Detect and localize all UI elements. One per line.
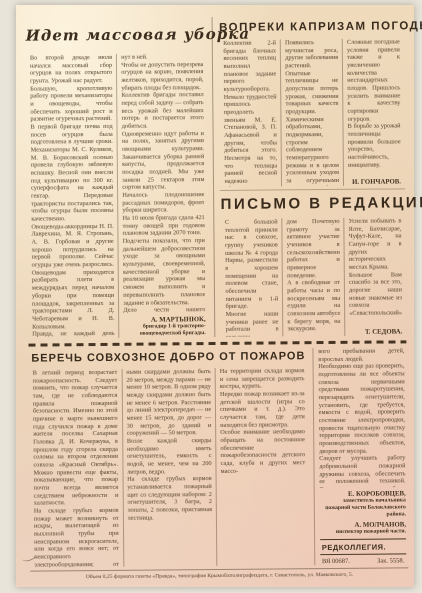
column-text: дом Почетную грамоту за активное участие…: [287, 218, 341, 336]
article-pismo-v-redakciyu: ПИСЬМО В РЕДАКЦИЮ С большой теплотой при…: [220, 188, 406, 337]
signature-role: бригадир 1-й тракторно-овощеводческой бр…: [123, 323, 205, 338]
article-column: Появились мучнистая роса, другие заболев…: [280, 39, 343, 187]
article-column: На территории склада кормов и сена запре…: [215, 367, 310, 566]
article-column: В летний период возрастает пожароопаснос…: [29, 369, 123, 568]
column-text: нут в ней. Чтобы не допустить перезрева …: [121, 53, 205, 314]
column-text: Успели побывать в Ялте, Бахчисарае, Чуфу…: [348, 217, 402, 325]
article-berech-dobro: БЕРЕЧЬ СОВХОЗНОЕ ДОБРО ОТ ПОЖАРОВ В летн…: [28, 348, 315, 567]
column-text: С большой теплотой приняли нас в совхозе…: [225, 218, 279, 336]
column-text: ными скирдами должны быть 20 метров, меж…: [126, 368, 212, 567]
editorial-board-label: РЕДКОЛЛЕГИЯ.: [320, 538, 406, 555]
article-column: нут в ней. Чтобы не допустить перезрева …: [116, 53, 210, 338]
article-massovaya-uborka: Идет массовая уборка Во второй декаде ию…: [26, 17, 216, 339]
article-columns: Коллектив 2-й бригады блочных весенних т…: [219, 38, 405, 187]
bottom-section: БЕРЕЧЬ СОВХОЗНОЕ ДОБРО ОТ ПОЖАРОВ В летн…: [28, 347, 408, 567]
article-column: дом Почетную грамоту за активное участие…: [282, 218, 345, 337]
article-column: Успели побывать в Ялте, Бахчисарае, Чуфу…: [343, 217, 406, 336]
imprint-line: Объем 0,25 формата газеты «Правда», типо…: [30, 567, 408, 580]
column-text: В летний период возрастает пожароопаснос…: [33, 369, 119, 568]
column-text: Появились мучнистая роса, другие заболев…: [285, 39, 339, 186]
article-headline: ПИСЬМО В РЕДАКЦИЮ: [221, 194, 406, 213]
article-columns: С большой теплотой приняли нас в совхозе…: [221, 217, 407, 337]
article-columns: Во второй декаде июля начался массовый с…: [26, 53, 210, 339]
article-headline: ВОПРЕКИ КАПРИЗАМ ПОГОДЫ: [219, 20, 404, 34]
print-index-number: ВЯ 00687.: [322, 558, 350, 565]
article-column: Сложные погодные условия привели также и…: [342, 38, 405, 186]
column-text: Коллектив 2-й бригады блочных весенних т…: [223, 39, 277, 186]
column-text: Сложные погодные условия привели также и…: [347, 38, 401, 175]
article-column: Во второй декаде июля начался массовый с…: [26, 54, 119, 339]
signature-role: инспектор пожарной части.: [320, 528, 406, 536]
print-index-row: ВЯ 00687. Зак. 5558.: [320, 554, 406, 565]
print-order-number: Зак. 5558.: [377, 557, 404, 564]
article-column: С большой теплотой приняли нас в совхозе…: [221, 218, 283, 337]
column-text: вого пребывания детей, взрослых людей. Н…: [318, 347, 406, 488]
column-text: Во второй декаде июля начался массовый с…: [30, 54, 115, 339]
article-vopreki-kaprizam: ВОПРЕКИ КАПРИЗАМ ПОГОДЫ Коллектив 2-й бр…: [219, 15, 405, 187]
top-section: Идет массовая уборка Во второй декаде ию…: [26, 15, 407, 338]
signature-role: заместитель начальника пожарной части Ба…: [319, 497, 405, 519]
article-columns: В летний период возрастает пожароопаснос…: [29, 367, 310, 567]
article-column-last: вого пребывания детей, взрослых людей. Н…: [313, 347, 408, 565]
newspaper-page: Идет массовая уборка Во второй декаде ию…: [16, 5, 414, 587]
article-headline: Идет массовая уборка: [26, 25, 208, 45]
dashed-divider: [28, 340, 406, 346]
article-column: ными скирдами должны быть 20 метров, меж…: [121, 368, 216, 567]
article-headline: БЕРЕЧЬ СОВХОЗНОЕ ДОБРО ОТ ПОЖАРОВ: [28, 350, 308, 364]
top-right-section: ВОПРЕКИ КАПРИЗАМ ПОГОДЫ Коллектив 2-й бр…: [213, 15, 406, 337]
article-column: Коллектив 2-й бригады блочных весенних т…: [219, 39, 281, 187]
signature-name: Т. СЕДОВА.: [349, 328, 402, 335]
column-text: На территории склада кормов и сена запре…: [220, 367, 306, 566]
signature-name: И. ГОНЧАРОВ.: [348, 178, 401, 185]
page-content: Идет массовая уборка Во второй декаде ию…: [26, 15, 409, 580]
